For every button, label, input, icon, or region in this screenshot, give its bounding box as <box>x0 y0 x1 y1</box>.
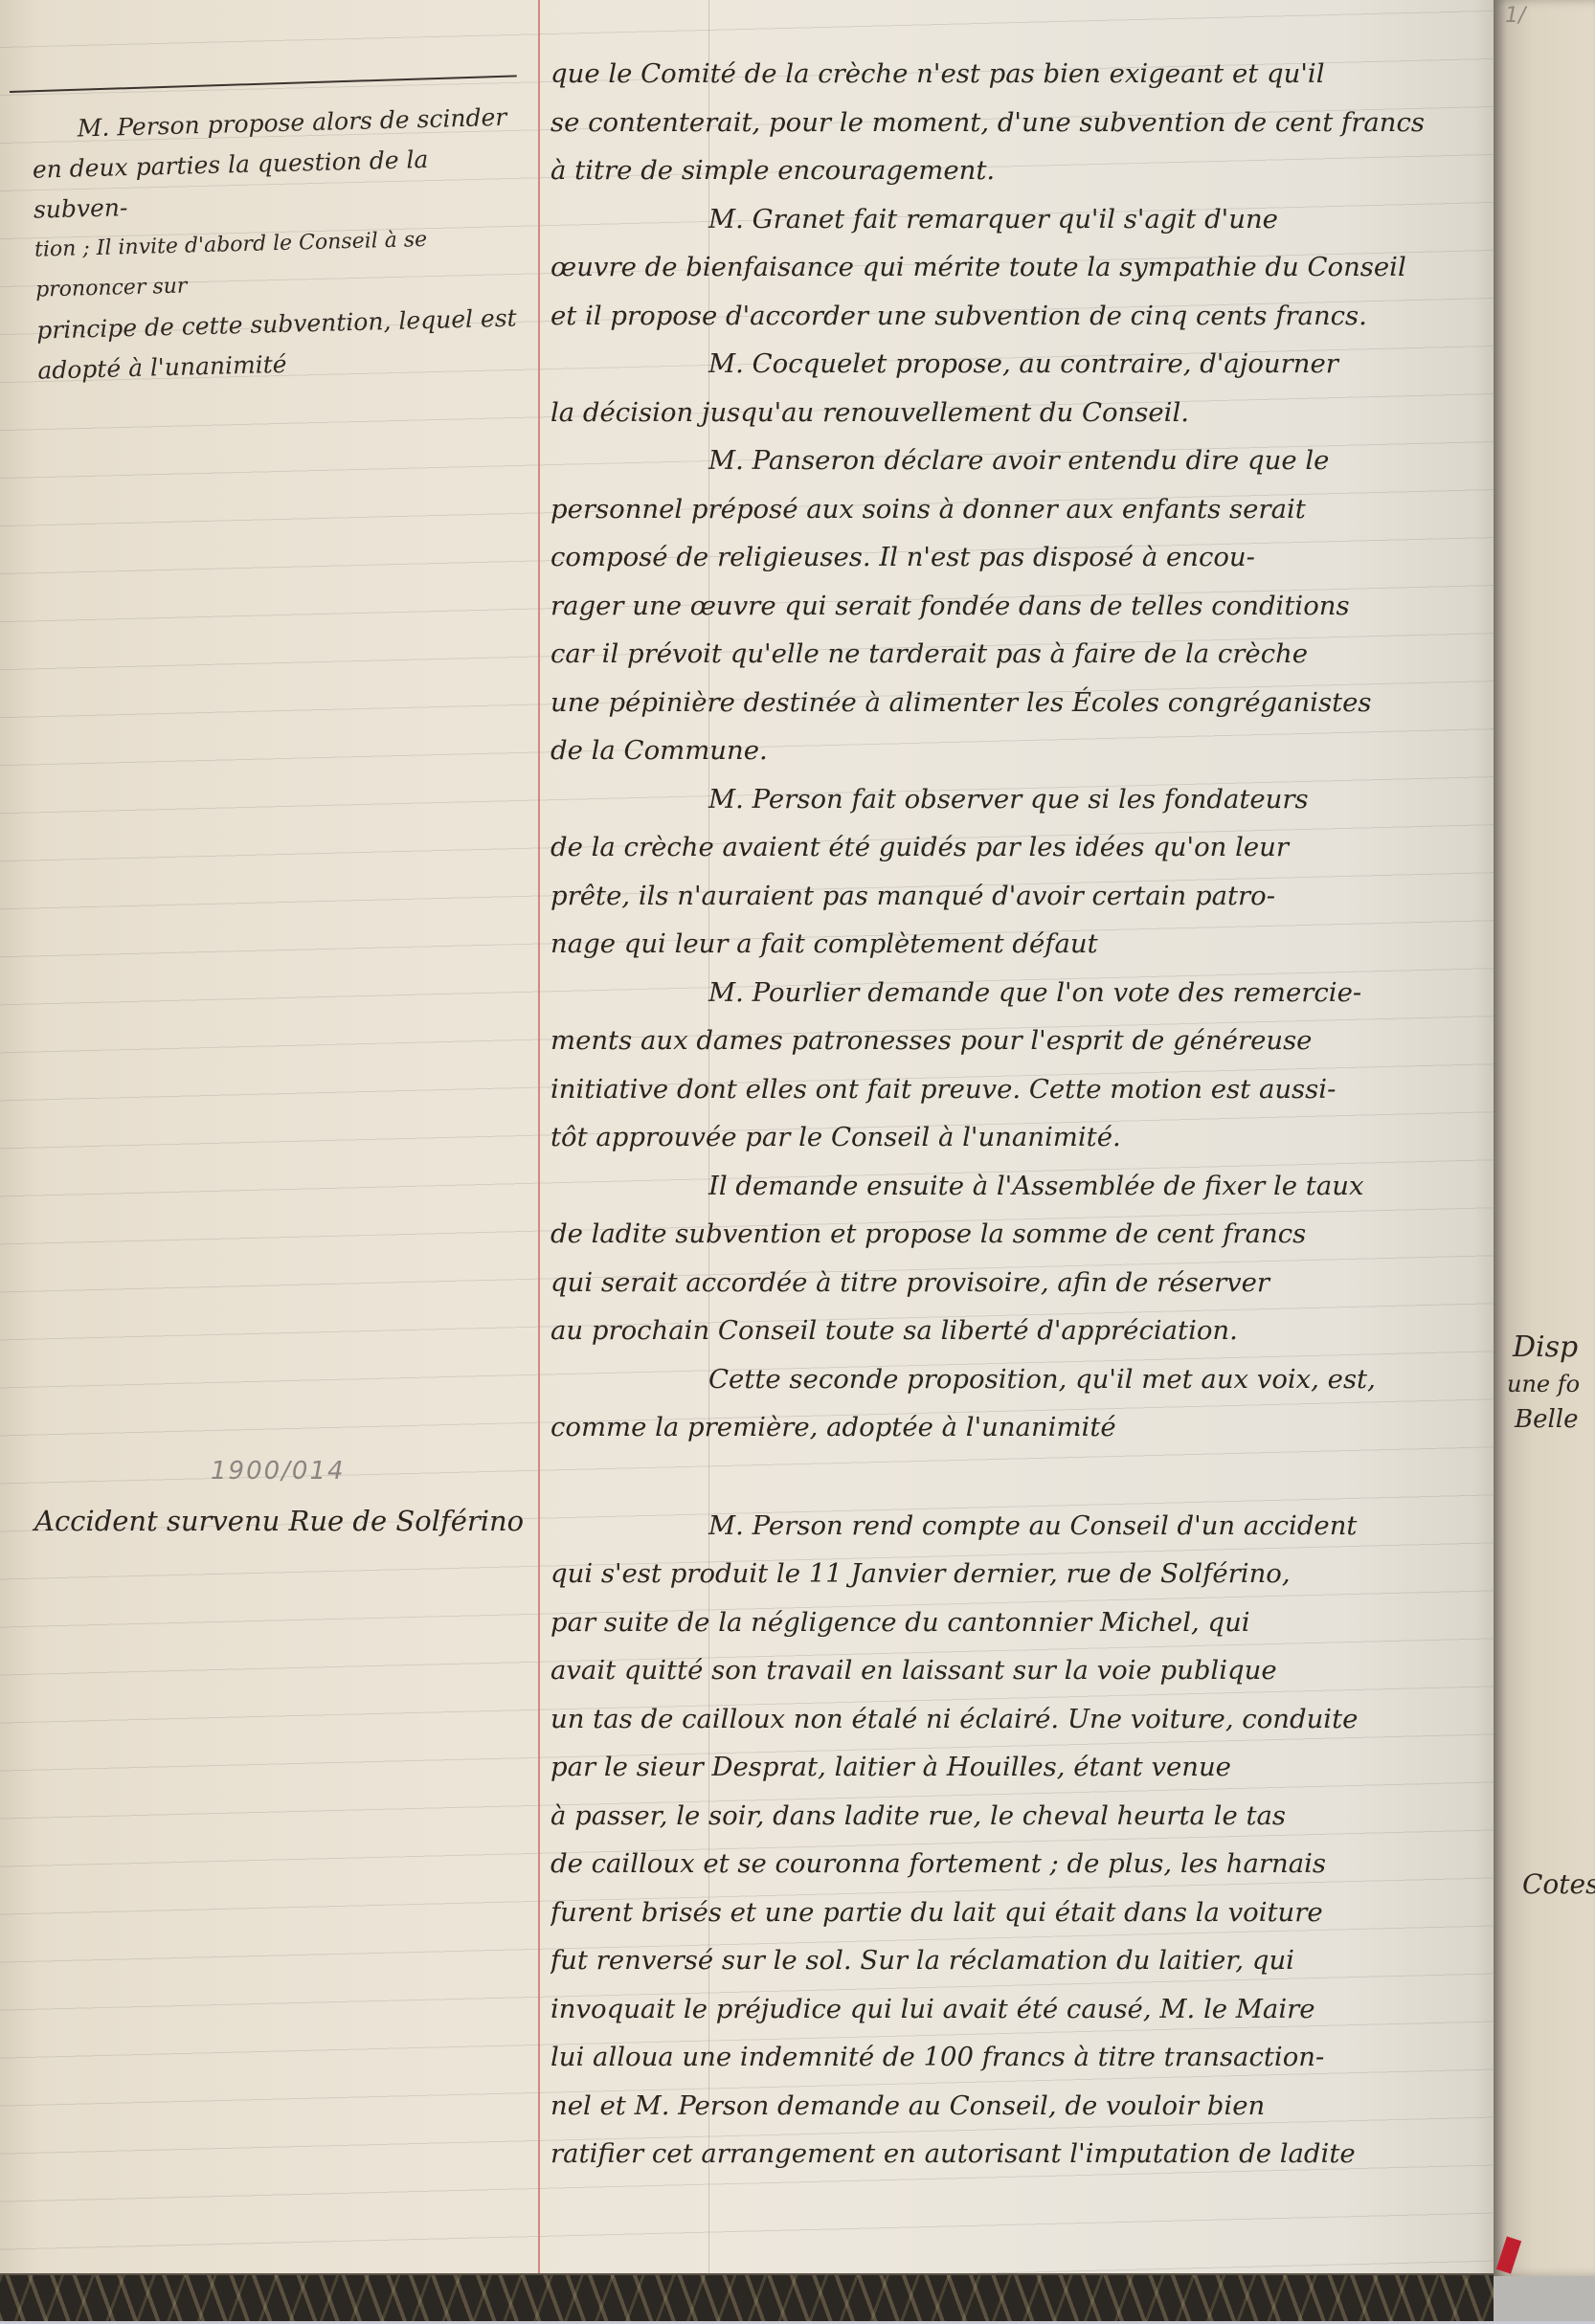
facing-page-fragment: Cotes <box>1522 1868 1595 1900</box>
text-line: au prochain Conseil toute sa liberté d'a… <box>550 1307 1470 1355</box>
margin-note: M. Person propose alors de scinder en de… <box>31 97 527 391</box>
text-line: rager une œuvre qui serait fondée dans d… <box>550 582 1470 631</box>
text-line: lui alloua une indemnité de 100 francs à… <box>550 2033 1470 2082</box>
text-line: fut renversé sur le sol. Sur la réclamat… <box>550 1936 1470 1985</box>
text-line: la décision jusqu'au renouvellement du C… <box>550 389 1470 437</box>
section-title: Accident survenu Rue de Solférino <box>34 1505 524 1537</box>
text-line: Il demande ensuite à l'Assemblée de fixe… <box>550 1162 1470 1211</box>
text-line: Cette seconde proposition, qu'il met aux… <box>550 1355 1470 1404</box>
text-line: de la crèche avaient été guidés par les … <box>550 823 1470 872</box>
text-line: par suite de la négligence du cantonnier… <box>550 1598 1470 1647</box>
facing-page-fragment: Disp <box>1513 1330 1578 1364</box>
text-line: de cailloux et se couronna fortement ; d… <box>550 1840 1470 1888</box>
text-line: invoquait le préjudice qui lui avait été… <box>550 1985 1470 2034</box>
text-line: à titre de simple encouragement. <box>550 146 1470 195</box>
red-margin-rule <box>538 0 540 2276</box>
text-line: de la Commune. <box>550 726 1470 775</box>
text-line: de ladite subvention et propose la somme… <box>550 1210 1470 1259</box>
pencil-mark: 1/ <box>1505 4 1525 28</box>
register-page: M. Person propose alors de scinder en de… <box>0 0 1494 2276</box>
facing-page-fragment: une fo <box>1507 1371 1580 1397</box>
facing-page-fragment: Belle <box>1515 1405 1579 1434</box>
text-line: M. Cocquelet propose, au contraire, d'aj… <box>550 340 1470 389</box>
text-line: une pépinière destinée à alimenter les É… <box>550 679 1470 727</box>
text-line: ratifier cet arrangement en autorisant l… <box>550 2130 1470 2179</box>
facing-page: 1/ Disp une fo Belle Cotes <box>1494 0 1595 2276</box>
text-line: avait quitté son travail en laissant sur… <box>550 1646 1470 1695</box>
text-line: œuvre de bienfaisance qui mérite toute l… <box>550 243 1470 292</box>
text-line: personnel préposé aux soins à donner aux… <box>550 485 1470 534</box>
text-line: et il propose d'accorder une subvention … <box>550 292 1470 341</box>
text-line: M. Granet fait remarquer qu'il s'agit d'… <box>550 195 1470 244</box>
section-creche-subvention: que le Comité de la crèche n'est pas bie… <box>550 50 1470 1452</box>
text-line: M. Person rend compte au Conseil d'un ac… <box>550 1502 1470 1551</box>
text-line: composé de religieuses. Il n'est pas dis… <box>550 533 1470 582</box>
text-line: se contenterait, pour le moment, d'une s… <box>550 99 1470 147</box>
text-line: ments aux dames patronesses pour l'espri… <box>550 1017 1470 1065</box>
text-line: à passer, le soir, dans ladite rue, le c… <box>550 1792 1470 1841</box>
text-line: qui s'est produit le 11 Janvier dernier,… <box>550 1550 1470 1598</box>
text-line: un tas de cailloux non étalé ni éclairé.… <box>550 1695 1470 1744</box>
text-line: que le Comité de la crèche n'est pas bie… <box>550 50 1470 99</box>
text-line: par le sieur Desprat, laitier à Houilles… <box>550 1743 1470 1792</box>
main-text-column: que le Comité de la crèche n'est pas bie… <box>550 50 1470 2179</box>
section-accident-solferino: M. Person rend compte au Conseil d'un ac… <box>550 1502 1470 2179</box>
text-line: tôt approuvée par le Conseil à l'unanimi… <box>550 1113 1470 1162</box>
text-line: initiative dont elles ont fait preuve. C… <box>550 1065 1470 1114</box>
margin-note-line: tion ; Il invite d'abord le Conseil à se… <box>34 217 525 310</box>
text-line: prête, ils n'auraient pas manqué d'avoir… <box>550 872 1470 921</box>
text-line: M. Person fait observer que si les fonda… <box>550 775 1470 824</box>
margin-note-line: en deux parties la question de la subven… <box>32 137 522 230</box>
text-line: qui serait accordée à titre provisoire, … <box>550 1259 1470 1307</box>
marbled-book-edge <box>0 2273 1494 2323</box>
text-line: nage qui leur a fait complètement défaut <box>550 920 1470 969</box>
text-line: comme la première, adoptée à l'unanimité <box>550 1403 1470 1452</box>
archive-reference: 1900/014 <box>211 1457 346 1486</box>
section-gap <box>550 1452 1470 1502</box>
text-line: furent brisés et une partie du lait qui … <box>550 1888 1470 1937</box>
text-line: M. Panseron déclare avoir entendu dire q… <box>550 436 1470 485</box>
text-line: car il prévoit qu'elle ne tarderait pas … <box>550 630 1470 679</box>
text-line: nel et M. Person demande au Conseil, de … <box>550 2082 1470 2131</box>
text-line: M. Pourlier demande que l'on vote des re… <box>550 969 1470 1017</box>
